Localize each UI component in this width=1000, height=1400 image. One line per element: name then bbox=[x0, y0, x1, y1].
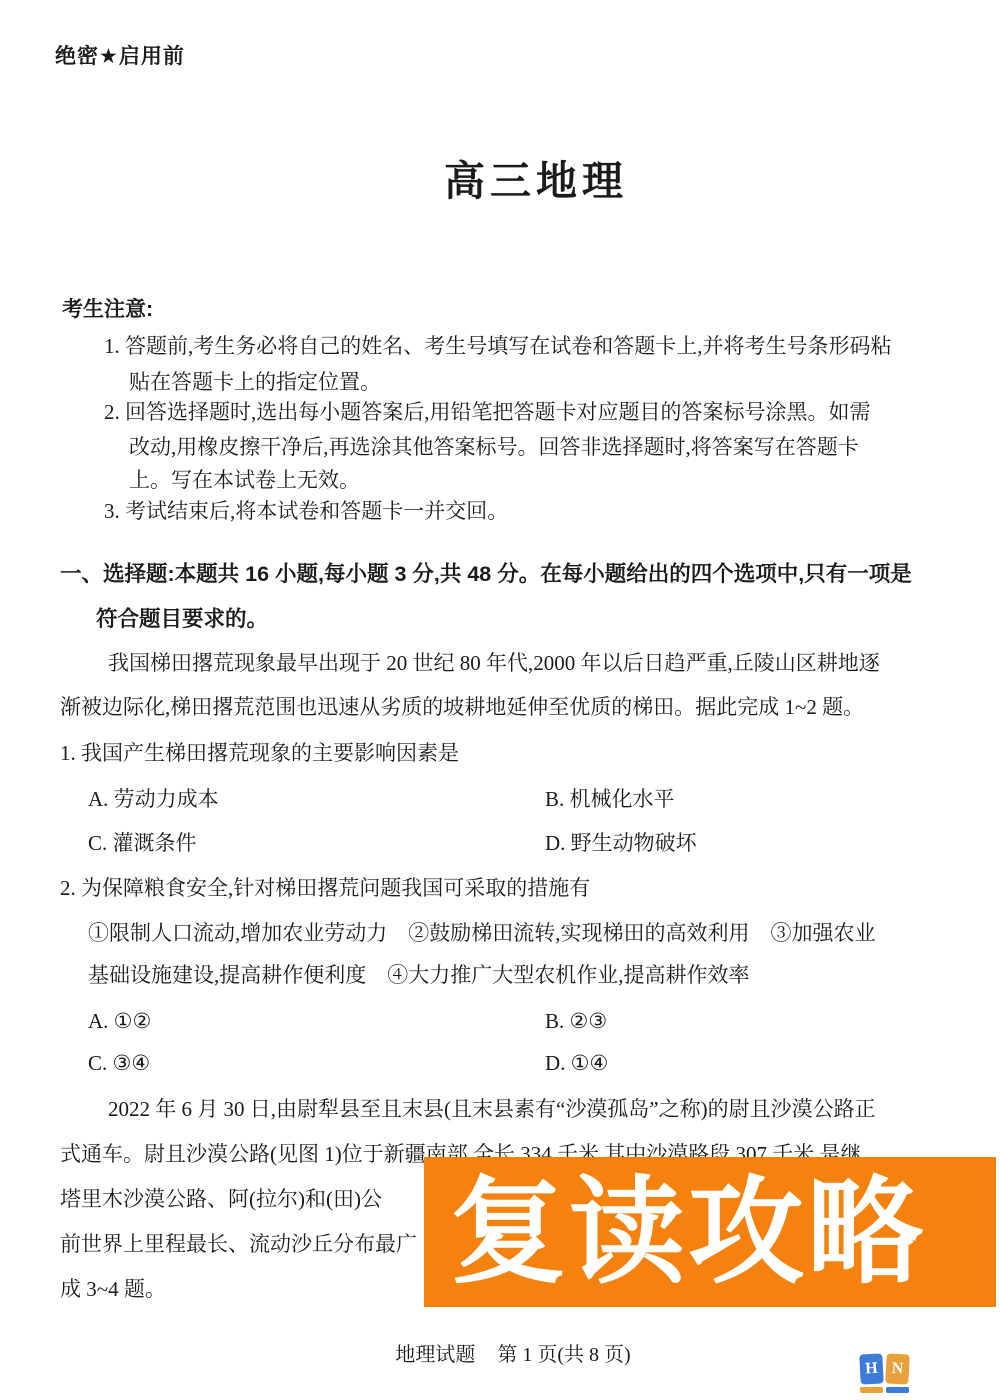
notice-item-3: 3. 考试结束后,将本试卷和答题卡一并交回。 bbox=[104, 498, 508, 524]
logo-tile-h: H bbox=[859, 1353, 884, 1384]
footer-doc-label: 地理试题 bbox=[395, 1344, 475, 1366]
notice-item-2-line-1: 2. 回答选择题时,选出每小题答案后,用铅笔把答题卡对应题目的答案标号涂黑。如需 bbox=[104, 399, 871, 425]
question-2-stem: 2. 为保障粮食安全,针对梯田撂荒问题我国可采取的措施有 bbox=[60, 875, 590, 901]
passage-1-line-2: 渐被边际化,梯田撂荒范围也迅速从劣质的坡耕地延伸至优质的梯田。据此完成 1~2 … bbox=[60, 694, 864, 720]
question-1-option-c: C. 灌溉条件 bbox=[88, 830, 197, 856]
logo-underline-left bbox=[860, 1387, 883, 1393]
question-2-option-c: C. ③④ bbox=[88, 1050, 150, 1076]
classification-label: 绝密★启用前 bbox=[55, 44, 185, 70]
watermark-text: 复读攻略 bbox=[450, 1174, 926, 1290]
logo-letter-n: N bbox=[891, 1360, 903, 1379]
question-1-option-a: A. 劳动力成本 bbox=[88, 786, 219, 812]
passage-1-line-1: 我国梯田撂荒现象最早出现于 20 世纪 80 年代,2000 年以后日趋严重,丘… bbox=[108, 650, 880, 676]
notice-item-1-line-2: 贴在答题卡上的指定位置。 bbox=[129, 369, 381, 395]
section-1-heading-line-1: 一、选择题:本题共 16 小题,每小题 3 分,共 48 分。在每小题给出的四个… bbox=[60, 561, 912, 588]
notice-item-1-line-1: 1. 答题前,考生务必将自己的姓名、考生号填写在试卷和答题卡上,并将考生号条形码… bbox=[104, 333, 892, 359]
question-1-option-b: B. 机械化水平 bbox=[545, 786, 675, 812]
notice-item-2-line-3: 上。写在本试卷上无效。 bbox=[129, 467, 360, 493]
passage-2-line-1: 2022 年 6 月 30 日,由尉犁县至且末县(且末县素有“沙漠孤岛”之称)的… bbox=[108, 1096, 876, 1122]
notice-heading: 考生注意: bbox=[62, 297, 153, 323]
page-footer: 地理试题第 1 页(共 8 页) bbox=[0, 1338, 1000, 1367]
passage-2-line-3: 塔里木沙漠公路、阿(拉尔)和(田)公 bbox=[60, 1186, 382, 1212]
page-title: 高三地理 bbox=[0, 156, 1000, 207]
question-2-option-b: B. ②③ bbox=[545, 1008, 607, 1034]
watermark-banner: 复读攻略 bbox=[424, 1157, 996, 1307]
question-2-option-a: A. ①② bbox=[88, 1008, 151, 1034]
question-1-stem: 1. 我国产生梯田撂荒现象的主要影响因素是 bbox=[60, 740, 459, 766]
footer-page-info: 第 1 页(共 8 页) bbox=[497, 1344, 630, 1366]
question-2-statements-line-2: 基础设施建设,提高耕作便利度 ④大力推广大型农机作业,提高耕作效率 bbox=[88, 962, 750, 988]
section-1-heading-line-2: 符合题目要求的。 bbox=[96, 606, 268, 633]
logo-tile-n: N bbox=[885, 1353, 910, 1384]
passage-2-line-4: 前世界上里程最长、流动沙丘分布最广 bbox=[60, 1231, 417, 1257]
question-2-option-d: D. ①④ bbox=[545, 1050, 608, 1076]
logo-underline-right bbox=[886, 1387, 909, 1393]
hn-logo: H N bbox=[860, 1354, 912, 1400]
passage-2-line-5: 成 3~4 题。 bbox=[60, 1276, 166, 1302]
notice-item-2-line-2: 改动,用橡皮擦干净后,再选涂其他答案标号。回答非选择题时,将答案写在答题卡 bbox=[129, 434, 859, 460]
logo-letter-h: H bbox=[865, 1360, 878, 1379]
exam-paper-page: 绝密★启用前 高三地理 考生注意: 1. 答题前,考生务必将自己的姓名、考生号填… bbox=[0, 0, 1000, 1400]
question-2-statements-line-1: ①限制人口流动,增加农业劳动力 ②鼓励梯田流转,实现梯田的高效利用 ③加强农业 bbox=[88, 920, 876, 946]
question-1-option-d: D. 野生动物破坏 bbox=[545, 830, 697, 856]
